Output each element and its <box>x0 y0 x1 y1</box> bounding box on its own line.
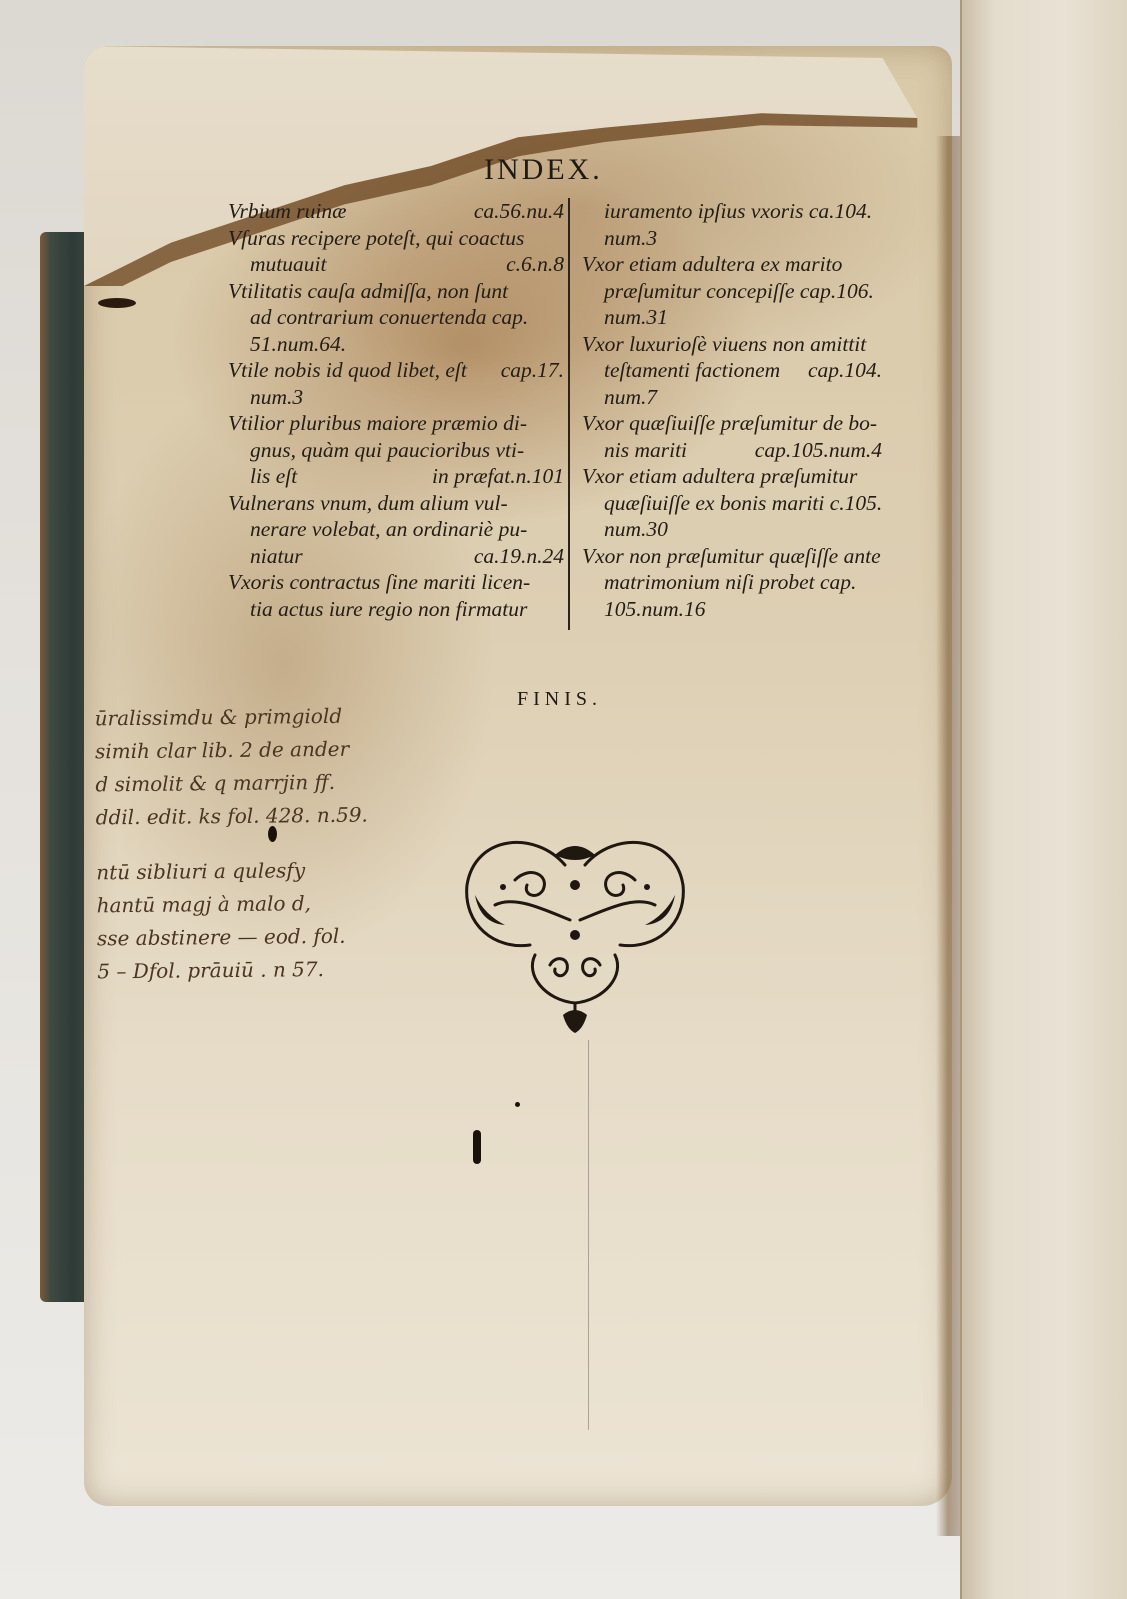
index-entry: Vxor etiam adultera præſumiturquæſiuiſſe… <box>582 463 882 543</box>
index-entry-line: num.31 <box>582 304 882 331</box>
entry-text: Vrbium ruinæ <box>228 198 346 225</box>
index-entry-line: teſtamenti factionemcap.104. <box>582 357 882 384</box>
entry-text: Vtile nobis id quod libet, eſt <box>228 357 467 384</box>
entry-reference: in præfat.n.101 <box>432 463 564 490</box>
index-entry-line: lis eſtin præfat.n.101 <box>228 463 564 490</box>
index-entry: Vxor etiam adultera ex maritopræſumitur … <box>582 251 882 331</box>
entry-text: num.7 <box>604 384 657 411</box>
index-entry-line: Vxor etiam adultera ex marito <box>582 251 882 278</box>
index-entry: iuramento ipſius vxoris ca.104.num.3 <box>582 198 882 251</box>
facing-page <box>960 0 1127 1599</box>
bleed-through-divider <box>588 1040 589 1430</box>
index-entry-line: Vtile nobis id quod libet, eſtcap.17. <box>228 357 564 384</box>
entry-text: matrimonium niſi probet cap. <box>604 569 856 596</box>
index-column-right: iuramento ipſius vxoris ca.104.num.3Vxor… <box>582 198 882 622</box>
index-entry-line: Vtilitatis cauſa admiſſa, non ſunt <box>228 278 564 305</box>
index-entry: Vtilitatis cauſa admiſſa, non ſuntad con… <box>228 278 564 358</box>
entry-text: gnus, quàm qui paucioribus vti- <box>250 437 524 464</box>
index-entry-line: tia actus iure regio non firmatur <box>228 596 564 623</box>
index-entry-line: ad contrarium conuertenda cap. <box>228 304 564 331</box>
manuscript-line: ūralissimdu & primgiold <box>95 698 555 736</box>
index-entry: Vxor luxurioſè viuens non amittitteſtame… <box>582 331 882 411</box>
manuscript-line: d simolit & q marrjin ff. <box>95 764 555 802</box>
entry-text: quæſiuiſſe ex bonis mariti c.105. <box>604 490 882 517</box>
index-entry-line: num.7 <box>582 384 882 411</box>
index-entry-line: num.3 <box>582 225 882 252</box>
entry-text: nis mariti <box>604 437 687 464</box>
entry-text: Vtilior pluribus maiore præmio di- <box>228 410 527 437</box>
entry-reference: cap.105.num.4 <box>755 437 882 464</box>
entry-reference: cap.17. <box>501 357 564 384</box>
worm-hole <box>98 298 136 308</box>
entry-text: Vxor luxurioſè viuens non amittit <box>582 331 866 358</box>
entry-text: 105.num.16 <box>604 596 706 623</box>
index-entry-line: Vxor non præſumitur quæſiſſe ante <box>582 543 882 570</box>
entry-text: Vxor quæſiuiſſe præſumitur de bo- <box>582 410 877 437</box>
entry-text: Vxor non præſumitur quæſiſſe ante <box>582 543 881 570</box>
entry-text: præſumitur concepiſſe cap.106. <box>604 278 874 305</box>
index-entry-line: iuramento ipſius vxoris ca.104. <box>582 198 882 225</box>
entry-text: Vtilitatis cauſa admiſſa, non ſunt <box>228 278 508 305</box>
entry-text: num.3 <box>604 225 657 252</box>
entry-text: Vxoris contractus ſine mariti licen- <box>228 569 530 596</box>
entry-text: 51.num.64. <box>250 331 346 358</box>
index-entry-line: Vxor quæſiuiſſe præſumitur de bo- <box>582 410 882 437</box>
entry-reference: c.6.n.8 <box>506 251 564 278</box>
index-entry-line: 105.num.16 <box>582 596 882 623</box>
index-entry-line: mutuauitc.6.n.8 <box>228 251 564 278</box>
index-entry-line: 51.num.64. <box>228 331 564 358</box>
index-entry-line: Vulnerans vnum, dum alium vul- <box>228 490 564 517</box>
entry-reference: ca.56.nu.4 <box>474 198 564 225</box>
index-entry-line: Vxoris contractus ſine mariti licen- <box>228 569 564 596</box>
index-entry: Vxor quæſiuiſſe præſumitur de bo-nis mar… <box>582 410 882 463</box>
entry-text: Vſuras recipere poteſt, qui coactus <box>228 225 524 252</box>
index-entry-line: num.30 <box>582 516 882 543</box>
entry-text: tia actus iure regio non firmatur <box>250 596 527 623</box>
page-title: INDEX. <box>484 153 603 187</box>
index-entry: Vxoris contractus ſine mariti licen-tia … <box>228 569 564 622</box>
bleed-through-text <box>260 990 580 1410</box>
entry-reference: ca.19.n.24 <box>474 543 564 570</box>
entry-text: ad contrarium conuertenda cap. <box>250 304 528 331</box>
entry-text: teſtamenti factionem <box>604 357 780 384</box>
index-entry: Vtile nobis id quod libet, eſtcap.17.num… <box>228 357 564 410</box>
index-entry: Vxor non præſumitur quæſiſſe antematrimo… <box>582 543 882 623</box>
column-divider <box>568 198 570 630</box>
index-entry: Vſuras recipere poteſt, qui coactusmutua… <box>228 225 564 278</box>
index-entry-line: Vtilior pluribus maiore præmio di- <box>228 410 564 437</box>
index-entry: Vtilior pluribus maiore præmio di-gnus, … <box>228 410 564 490</box>
index-entry-line: niaturca.19.n.24 <box>228 543 564 570</box>
index-entry-line: Vxor luxurioſè viuens non amittit <box>582 331 882 358</box>
index-entry-line: Vſuras recipere poteſt, qui coactus <box>228 225 564 252</box>
entry-text: num.3 <box>250 384 303 411</box>
index-entry: Vulnerans vnum, dum alium vul-nerare vol… <box>228 490 564 570</box>
entry-text: lis eſt <box>250 463 297 490</box>
page-gutter <box>936 136 960 1536</box>
entry-text: num.31 <box>604 304 668 331</box>
entry-text: Vxor etiam adultera præſumitur <box>582 463 857 490</box>
index-entry-line: nis mariticap.105.num.4 <box>582 437 882 464</box>
entry-text: Vxor etiam adultera ex marito <box>582 251 842 278</box>
entry-text: Vulnerans vnum, dum alium vul- <box>228 490 508 517</box>
index-entry-line: Vxor etiam adultera præſumitur <box>582 463 882 490</box>
index-entry-line: num.3 <box>228 384 564 411</box>
ink-blot <box>268 826 277 842</box>
entry-text: niatur <box>250 543 303 570</box>
index-entry-line: Vrbium ruinæca.56.nu.4 <box>228 198 564 225</box>
index-entry-line: gnus, quàm qui paucioribus vti- <box>228 437 564 464</box>
manuscript-line: simih clar lib. 2 de ander <box>95 731 555 769</box>
index-column-left: Vrbium ruinæca.56.nu.4Vſuras recipere po… <box>228 198 564 622</box>
index-entry-line: præſumitur concepiſſe cap.106. <box>582 278 882 305</box>
index-entry-line: nerare volebat, an ordinariè pu- <box>228 516 564 543</box>
entry-text: nerare volebat, an ordinariè pu- <box>250 516 527 543</box>
entry-text: mutuauit <box>250 251 326 278</box>
index-entry-line: matrimonium niſi probet cap. <box>582 569 882 596</box>
entry-text: iuramento ipſius vxoris ca.104. <box>604 198 872 225</box>
entry-text: num.30 <box>604 516 668 543</box>
index-entry: Vrbium ruinæca.56.nu.4 <box>228 198 564 225</box>
entry-reference: cap.104. <box>808 357 882 384</box>
index-entry-line: quæſiuiſſe ex bonis mariti c.105. <box>582 490 882 517</box>
